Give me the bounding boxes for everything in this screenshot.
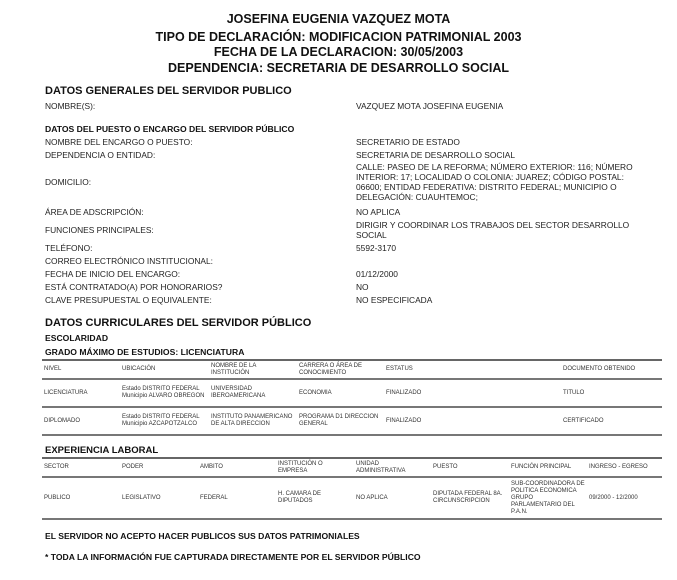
table-row: LICENCIATURA Estado DISTRITO FEDERAL Mun… <box>42 379 662 407</box>
table-cell: UNIVERSIDAD IBEROAMERICANA <box>209 379 297 407</box>
field-value: SECRETARIA DE DESARROLLO SOCIAL <box>356 150 646 160</box>
table-cell: LEGISLATIVO <box>120 477 198 519</box>
column-header: UNIDAD ADMINISTRATIVA <box>354 458 431 477</box>
declarant-name: JOSEFINA EUGENIA VAZQUEZ MOTA <box>0 12 677 26</box>
field-value: 01/12/2000 <box>356 269 646 279</box>
capture-disclaimer: * TODA LA INFORMACIÓN FUE CAPTURADA DIRE… <box>45 552 421 562</box>
section-title-experiencia: EXPERIENCIA LABORAL <box>45 445 158 456</box>
column-header: ESTATUS <box>384 360 472 379</box>
table-cell: SUB-COORDINADORA DE POLITICA ECONOMICA G… <box>509 477 587 519</box>
column-header: UBICACIÓN <box>120 360 209 379</box>
table-cell: FINALIZADO <box>384 407 472 435</box>
column-header: NIVEL <box>42 360 120 379</box>
column-header: NOMBRE DE LA INSTITUCIÓN <box>209 360 297 379</box>
field-value-domicilio: CALLE: PASEO DE LA REFORMA; NÚMERO EXTER… <box>356 162 646 202</box>
column-header: SECTOR <box>42 458 120 477</box>
field-value: SECRETARIO DE ESTADO <box>356 137 646 147</box>
section-title-datos-generales: DATOS GENERALES DEL SERVIDOR PUBLICO <box>45 85 292 97</box>
table-cell: PUBLICO <box>42 477 120 519</box>
table-cell: PROGRAMA D1 DIRECCION GENERAL <box>297 407 384 435</box>
column-header: INGRESO - EGRESO <box>587 458 662 477</box>
table-cell: H. CAMARA DE DIPUTADOS <box>276 477 354 519</box>
table-row: PUBLICO LEGISLATIVO FEDERAL H. CAMARA DE… <box>42 477 662 519</box>
table-cell: LICENCIATURA <box>42 379 120 407</box>
column-header: INSTITUCIÓN O EMPRESA <box>276 458 354 477</box>
section-title-datos-puesto: DATOS DEL PUESTO O ENCARGO DEL SERVIDOR … <box>45 124 294 134</box>
table-cell <box>472 407 561 435</box>
section-title-curriculares: DATOS CURRICULARES DEL SERVIDOR PÚBLICO <box>45 317 311 329</box>
field-label: ÁREA DE ADSCRIPCIÓN: <box>45 207 144 217</box>
nombre-label: NOMBRE(S): <box>45 101 95 111</box>
patrimonial-notice: EL SERVIDOR NO ACEPTO HACER PUBLICOS SUS… <box>45 531 360 541</box>
experiencia-table: SECTOR PODER AMBITO INSTITUCIÓN O EMPRES… <box>42 457 662 520</box>
field-label: FECHA DE INICIO DEL ENCARGO: <box>45 269 180 279</box>
table-cell <box>472 379 561 407</box>
field-value: NO APLICA <box>356 207 646 217</box>
field-label: TELÉFONO: <box>45 243 92 253</box>
field-value: DIRIGIR Y COORDINAR LOS TRABAJOS DEL SEC… <box>356 220 646 240</box>
escolaridad-table: NIVEL UBICACIÓN NOMBRE DE LA INSTITUCIÓN… <box>42 359 662 436</box>
column-header: CARRERA O ÁREA DE CONOCIMIENTO <box>297 360 384 379</box>
field-value: NO ESPECIFICADA <box>356 295 646 305</box>
field-value: NO <box>356 282 646 292</box>
table-cell: Estado DISTRITO FEDERAL Municipio AZCAPO… <box>120 407 209 435</box>
table-cell: NO APLICA <box>354 477 431 519</box>
table-cell: FINALIZADO <box>384 379 472 407</box>
nombre-value: VAZQUEZ MOTA JOSEFINA EUGENIA <box>356 101 646 111</box>
column-header: PODER <box>120 458 198 477</box>
column-header: AMBITO <box>198 458 276 477</box>
declaration-dependency: DEPENDENCIA: SECRETARIA DE DESARROLLO SO… <box>0 61 677 75</box>
declaration-type: TIPO DE DECLARACIÓN: MODIFICACION PATRIM… <box>0 30 677 44</box>
field-label: CLAVE PRESUPUESTAL O EQUIVALENTE: <box>45 295 212 305</box>
escolaridad-heading: ESCOLARIDAD <box>45 333 108 343</box>
field-label: FUNCIONES PRINCIPALES: <box>45 225 154 235</box>
grado-maximo-heading: GRADO MÁXIMO DE ESTUDIOS: LICENCIATURA <box>45 347 244 357</box>
column-header: PUESTO <box>431 458 509 477</box>
table-cell: INSTITUTO PANAMERICANO DE ALTA DIRECCION <box>209 407 297 435</box>
table-cell: CERTIFICADO <box>561 407 662 435</box>
table-cell: Estado DISTRITO FEDERAL Municipio ALVARO… <box>120 379 209 407</box>
table-cell: TITULO <box>561 379 662 407</box>
field-label: DEPENDENCIA O ENTIDAD: <box>45 150 155 160</box>
table-header-row: NIVEL UBICACIÓN NOMBRE DE LA INSTITUCIÓN… <box>42 360 662 379</box>
table-cell: FEDERAL <box>198 477 276 519</box>
column-header <box>472 360 561 379</box>
column-header: FUNCIÓN PRINCIPAL <box>509 458 587 477</box>
table-header-row: SECTOR PODER AMBITO INSTITUCIÓN O EMPRES… <box>42 458 662 477</box>
table-row: DIPLOMADO Estado DISTRITO FEDERAL Munici… <box>42 407 662 435</box>
field-label: DOMICILIO: <box>45 177 91 187</box>
column-header: DOCUMENTO OBTENIDO <box>561 360 662 379</box>
table-cell: 09/2000 - 12/2000 <box>587 477 662 519</box>
table-cell: DIPLOMADO <box>42 407 120 435</box>
field-label: CORREO ELECTRÓNICO INSTITUCIONAL: <box>45 256 213 266</box>
field-label: ESTÁ CONTRATADO(A) POR HONORARIOS? <box>45 282 222 292</box>
table-cell: ECONOMIA <box>297 379 384 407</box>
field-value: 5592-3170 <box>356 243 646 253</box>
declaration-date: FECHA DE LA DECLARACION: 30/05/2003 <box>0 45 677 59</box>
field-label: NOMBRE DEL ENCARGO O PUESTO: <box>45 137 193 147</box>
table-cell: DIPUTADA FEDERAL 8A. CIRCUNSCRIPCION <box>431 477 509 519</box>
